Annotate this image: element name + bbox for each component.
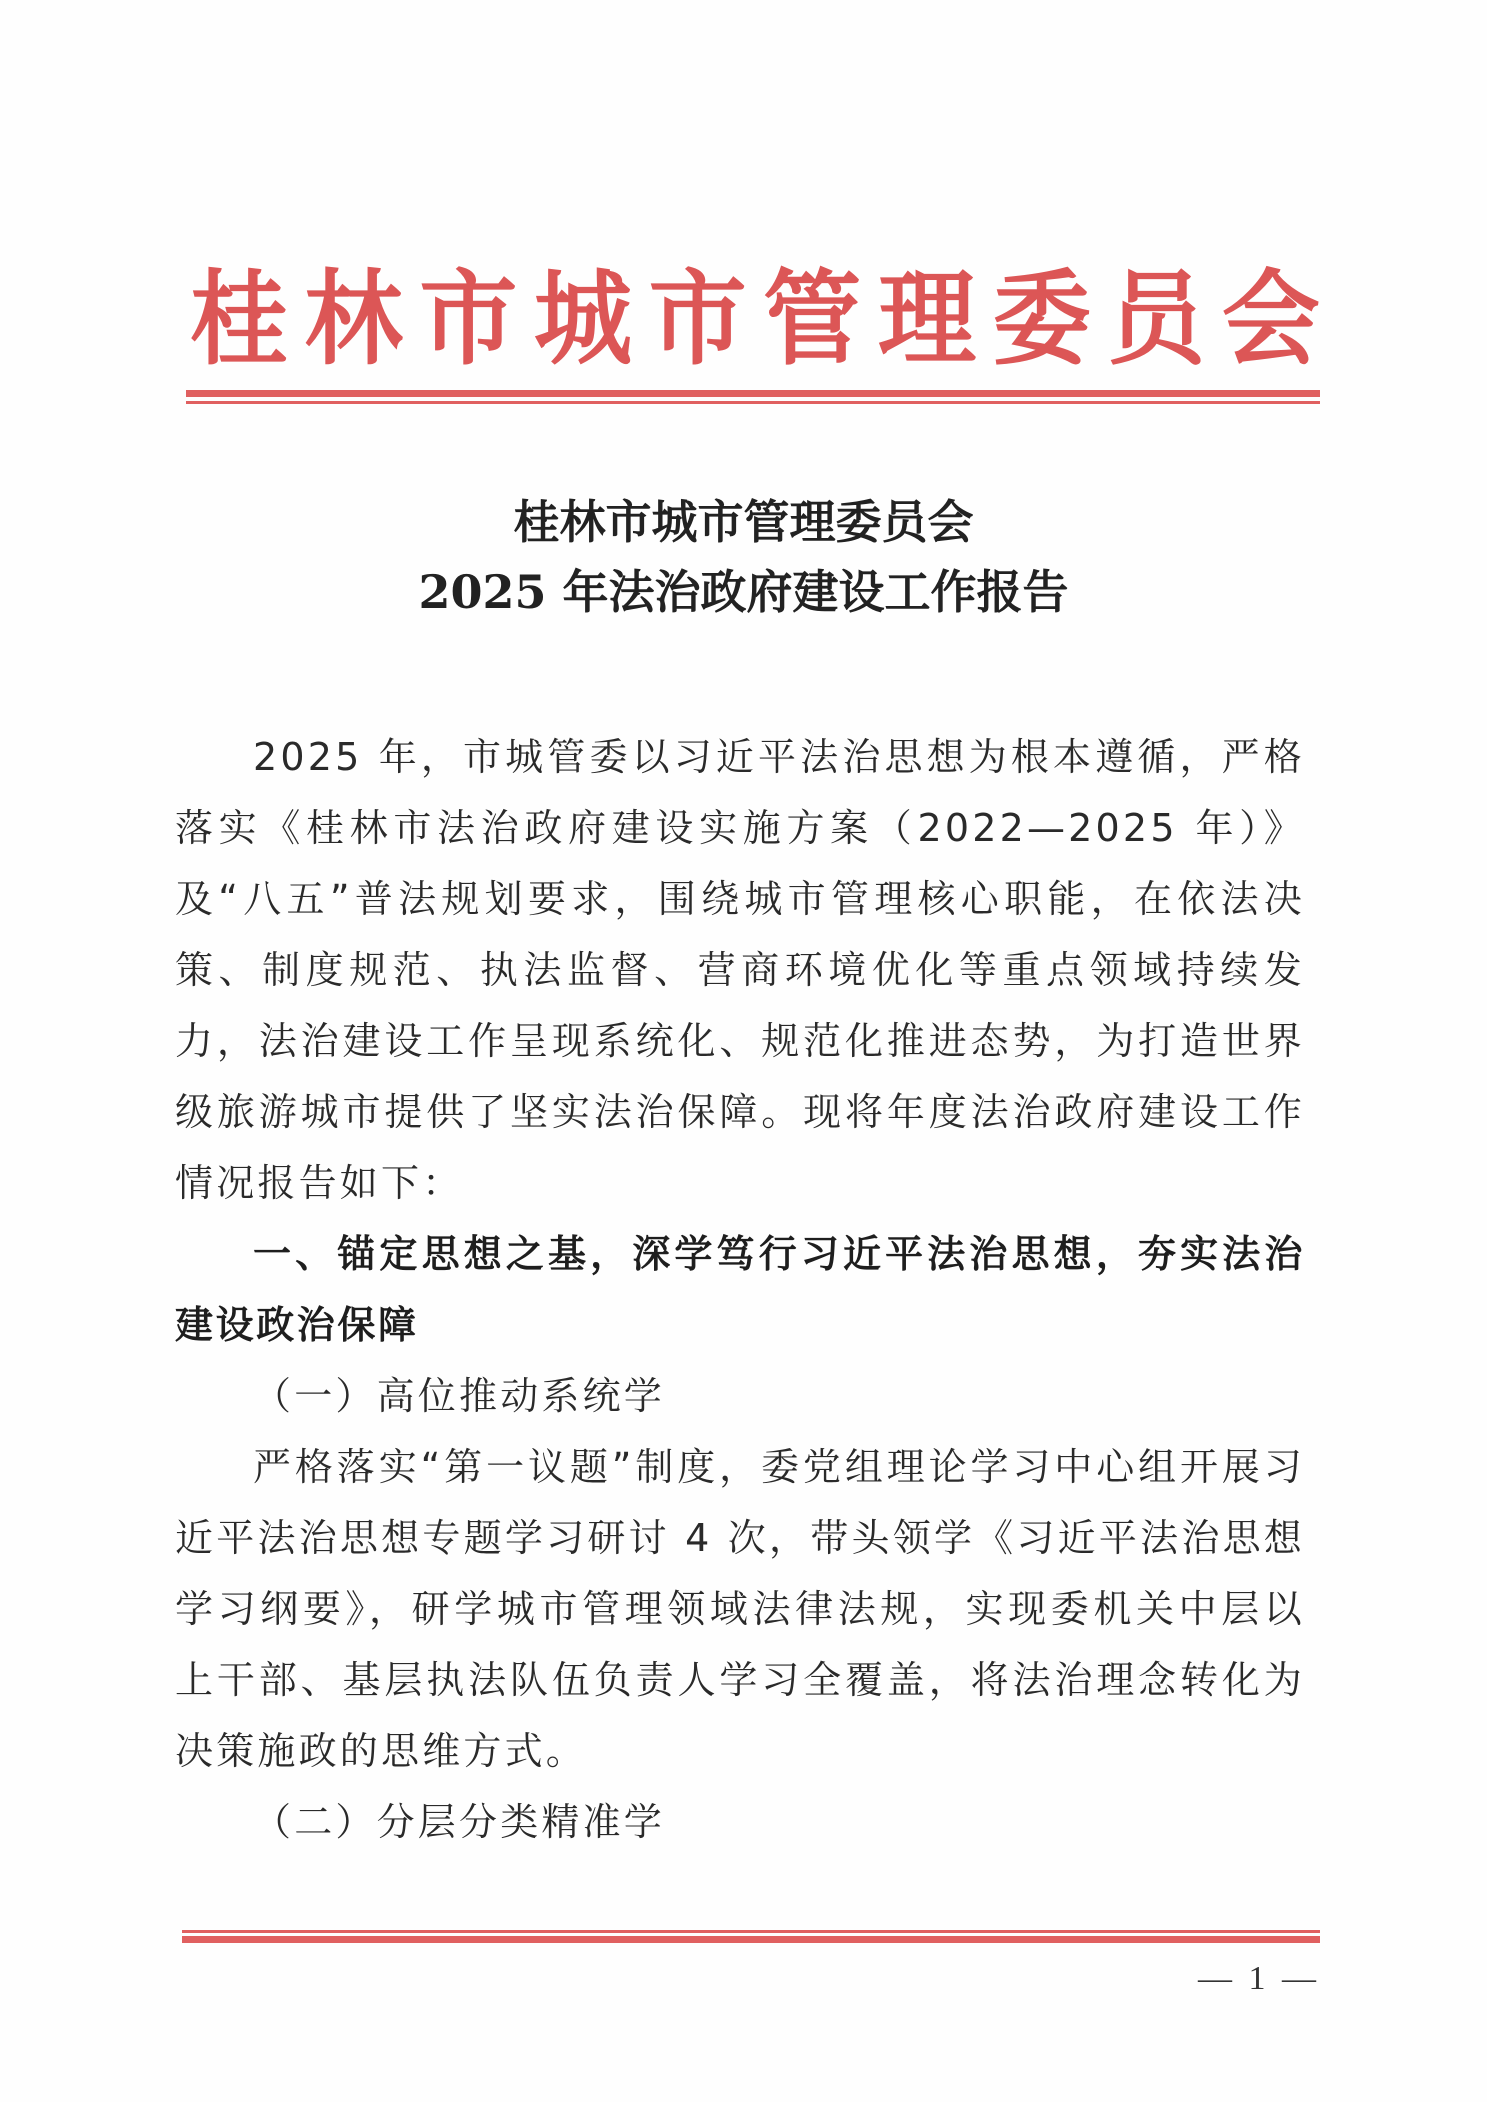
letterhead-org-name: 桂 林 市 城 市 管 理 委 员 会	[190, 260, 1320, 380]
letterhead-char: 城	[534, 257, 632, 383]
letterhead-char: 员	[1107, 257, 1205, 383]
letterhead-rule-thick	[186, 390, 1320, 397]
footer-rule-thick	[182, 1936, 1320, 1943]
letterhead-char: 市	[419, 257, 517, 383]
intro-paragraph: 2025 年，市城管委以习近平法治思想为根本遵循，严格落实《桂林市法治政府建设实…	[175, 722, 1305, 1219]
letterhead-char: 理	[878, 257, 976, 383]
letterhead-char: 林	[305, 257, 403, 383]
report-title-line2: 2025 年法治政府建设工作报告	[0, 560, 1487, 624]
letterhead-char: 市	[649, 257, 747, 383]
report-title-line1: 桂林市城市管理委员会	[0, 490, 1487, 554]
letterhead-char: 委	[993, 257, 1091, 383]
letterhead-char: 会	[1222, 257, 1320, 383]
document-page: 桂 林 市 城 市 管 理 委 员 会 桂林市城市管理委员会 2025 年法治政…	[0, 0, 1487, 2102]
footer-rule-thin	[182, 1930, 1320, 1933]
letterhead-char: 管	[763, 257, 861, 383]
report-body: 2025 年，市城管委以习近平法治思想为根本遵循，严格落实《桂林市法治政府建设实…	[175, 722, 1305, 1858]
letterhead-rule-thin	[186, 401, 1320, 404]
subsection-1-heading: （一）高位推动系统学	[175, 1361, 1305, 1432]
section-1-heading: 一、锚定思想之基，深学笃行习近平法治思想，夯实法治建设政治保障	[175, 1219, 1305, 1361]
letterhead-char: 桂	[190, 257, 288, 383]
page-number: — 1 —	[1190, 1960, 1320, 1998]
subsection-2-heading: （二）分层分类精准学	[175, 1787, 1305, 1858]
subsection-1-paragraph: 严格落实“第一议题”制度，委党组理论学习中心组开展习近平法治思想专题学习研讨 4…	[175, 1432, 1305, 1787]
